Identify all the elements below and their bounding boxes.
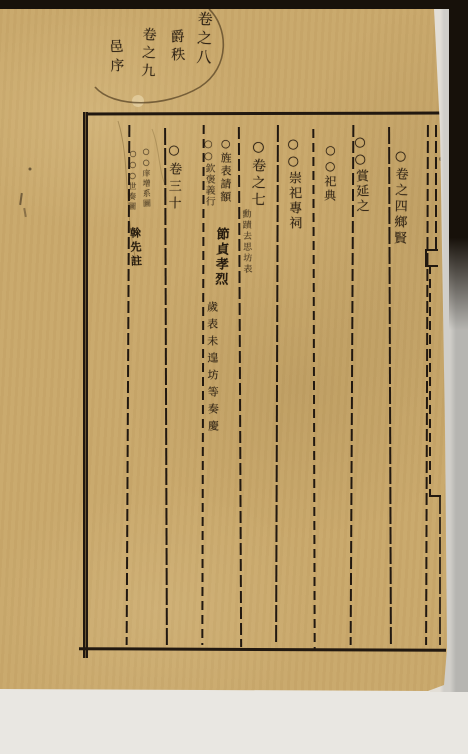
- entry-chongsi-zhuanci: ○○崇祀專祠: [287, 137, 301, 231]
- entry-tiny-subcol-left: ○○○世奏圖: [127, 149, 136, 212]
- entry-short-note: 榦先註: [129, 227, 141, 269]
- entry-vol7-subnote: 勳蹟去思坊表: [240, 209, 250, 275]
- annotation-volume-9: 卷之九: [140, 27, 156, 81]
- entry-vol4-xiangxian: ○卷之四鄉賢: [392, 149, 408, 247]
- entry-jingbiao-qinge: ○旌表請額: [220, 137, 232, 204]
- right-boundary-segment: [429, 265, 431, 495]
- annotation-yixu: 邑序: [108, 39, 124, 78]
- entry-sidian: ○○祀典: [323, 143, 336, 203]
- scanned-page: 卷之八 爵秩 卷之九 邑序 ○卷之四鄉賢 ○○賞延之 ○○祀典 ○○崇祀專祠 ○…: [0, 0, 468, 754]
- entry-shangyan: ○○賞延之: [353, 135, 367, 214]
- scan-border-right: [449, 0, 468, 330]
- right-boundary-segment: [435, 125, 437, 249]
- annotation-juezhi: 爵秩: [169, 29, 184, 65]
- table-border-left: [83, 112, 88, 658]
- right-boundary-notch: [425, 249, 438, 267]
- entry-vol7: ○卷之七: [250, 139, 265, 209]
- entry-tiny-subcol-right: ○○庠增系圖: [141, 147, 150, 209]
- manuscript-paper: 卷之八 爵秩 卷之九 邑序 ○卷之四鄉賢 ○○賞延之 ○○祀典 ○○崇祀專祠 ○…: [0, 9, 447, 691]
- scan-border-top: [0, 0, 468, 9]
- entry-long-note: 歲表未遑坊等奏慶: [206, 301, 218, 437]
- right-boundary-segment: [439, 497, 441, 645]
- ink-speck: [29, 168, 32, 171]
- entry-qinbao-yixing: ○○欽褒義行: [203, 139, 214, 207]
- entry-jiezhen-xiaolie: 節貞孝烈: [213, 227, 228, 287]
- annotation-volume-8: 卷之八: [195, 11, 212, 68]
- entry-vol30: ○卷三十: [166, 143, 180, 213]
- paper-stain: [132, 95, 144, 107]
